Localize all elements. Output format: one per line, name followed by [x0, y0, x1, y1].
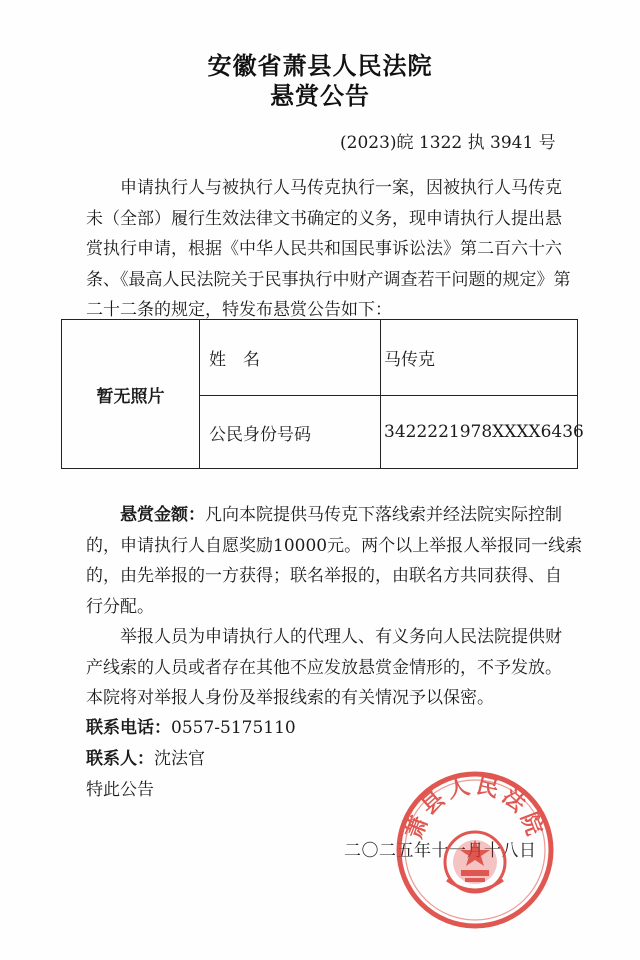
- exclusion-line: 举报人员为申请执行人的代理人、有义务向人民法院提供财: [86, 622, 600, 653]
- reward-paragraph: 悬赏金额：凡向本院提供马传克下落线索并经法院实际控制 的，申请执行人自愿奖励10…: [86, 500, 600, 622]
- person-label: 联系人：: [86, 749, 154, 769]
- photo-placeholder: 暂无照片: [62, 320, 200, 468]
- id-number-label: 公民身份号码: [200, 396, 381, 468]
- confidentiality-paragraph: 本院将对举报人身份及举报线索的有关情况予以保密。: [86, 683, 600, 714]
- person-value: 沈法官: [154, 749, 205, 769]
- phone-label: 联系电话：: [86, 718, 171, 738]
- id-number-value: 3422221978XXXX6436: [381, 396, 577, 468]
- reward-line: 凡向本院提供马传克下落线索并经法院实际控制: [205, 505, 562, 525]
- person-info-table: 暂无照片 姓 名 马传克 公民身份号码 3422221978XXXX6436: [61, 319, 578, 469]
- document-title: 悬赏公告: [0, 76, 640, 111]
- issue-date: 二〇二五年十一月十八日: [344, 836, 537, 861]
- closing-text: 特此公告: [86, 775, 154, 800]
- exclusion-line: 产线索的人员或者存在其他不应发放悬赏金情形的，不予发放。: [86, 653, 600, 684]
- reward-line: 行分配。: [86, 592, 600, 623]
- reward-label: 悬赏金额：: [120, 505, 205, 525]
- name-value: 马传克: [381, 320, 577, 396]
- exclusion-paragraph: 举报人员为申请执行人的代理人、有义务向人民法院提供财 产线索的人员或者存在其他不…: [86, 622, 600, 683]
- reward-line: 的，由先举报的一方获得；联名举报的，由联名方共同获得、自: [86, 561, 600, 592]
- contact-phone: 联系电话：0557-5175110: [86, 713, 296, 738]
- phone-value: 0557-5175110: [171, 718, 296, 738]
- intro-line: 申请执行人与被执行人马传克执行一案，因被执行人马传克: [86, 173, 600, 204]
- reward-line: 的，申请执行人自愿奖励10000元。两个以上举报人举报同一线索: [86, 531, 600, 562]
- contact-person: 联系人：沈法官: [86, 744, 205, 769]
- intro-line: 条、《最高人民法院关于民事执行中财产调查若干问题的规定》第: [86, 265, 600, 296]
- svg-text:萧县人民法院: 萧县人民法院: [401, 773, 548, 842]
- confidentiality-line: 本院将对举报人身份及举报线索的有关情况予以保密。: [86, 683, 600, 714]
- document-page: 安徽省萧县人民法院 悬赏公告 (2023)皖 1322 执 3941 号 申请执…: [0, 0, 640, 960]
- case-number: (2023)皖 1322 执 3941 号: [340, 128, 556, 153]
- intro-line: 未（全部）履行生效法律文书确定的义务，现申请执行人提出悬: [86, 204, 600, 235]
- intro-paragraph: 申请执行人与被执行人马传克执行一案，因被执行人马传克 未（全部）履行生效法律文书…: [86, 173, 600, 326]
- intro-line: 赏执行申请，根据《中华人民共和国民事诉讼法》第二百六十六: [86, 234, 600, 265]
- name-label: 姓 名: [200, 320, 381, 396]
